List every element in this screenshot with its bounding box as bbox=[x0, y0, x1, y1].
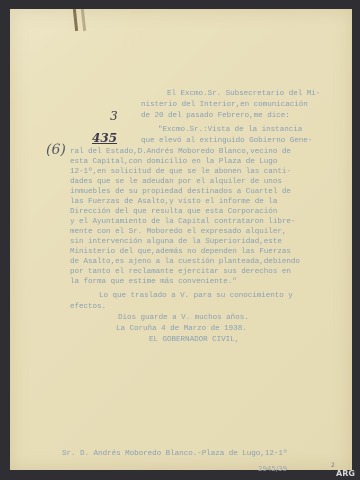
text-line: ral del Estado,D.Andrés Moboredo Blanco,… bbox=[70, 148, 291, 157]
text-line: Ministerio del que,además no dependen la… bbox=[70, 248, 291, 257]
handwritten-number-435: 435 bbox=[92, 131, 117, 145]
text-line: mente con el Sr. Moboredo el expresado a… bbox=[70, 228, 286, 237]
document-page: 3 435 (6) El Excmo.Sr. Subsecretario del… bbox=[10, 9, 352, 470]
text-line: El Excmo.Sr. Subsecretario del Mi- bbox=[167, 90, 320, 99]
text-line: La Coruña 4 de Marzo de 1938. bbox=[116, 325, 247, 334]
signature-title: EL GOBERNADOR CIVIL, bbox=[149, 336, 239, 345]
paper-fold-shadow bbox=[10, 9, 130, 99]
text-line: de 20 del pasado Febrero,me dice: bbox=[141, 112, 290, 121]
archive-reference: 2945/39 bbox=[258, 465, 287, 473]
text-line: y el Ayuntamiento de la Capital contrata… bbox=[70, 218, 295, 227]
text-line: efectos. bbox=[70, 303, 106, 312]
handwritten-circled-6: (6) bbox=[46, 142, 66, 158]
text-line: dades que se le adeudan por el alquiler … bbox=[70, 178, 282, 187]
page-mark: 2 bbox=[331, 462, 335, 469]
text-line: esta Capital,con domicilio en la Plaza d… bbox=[70, 158, 277, 167]
text-line: "Excmo.Sr.:Vista de la instancia bbox=[158, 126, 302, 135]
text-line: de Asalto,es ajeno a la cuestión plantea… bbox=[70, 258, 300, 267]
text-line: la forma que estime más conveniente." bbox=[70, 278, 237, 287]
text-line: Dios guarde a V. muchos años. bbox=[118, 314, 249, 323]
text-line: sin intervención alguna de la Superiorid… bbox=[70, 238, 282, 247]
handwritten-number-3: 3 bbox=[110, 109, 118, 123]
text-line: 12-1º,en solicitud de que se le abonen l… bbox=[70, 168, 291, 177]
text-line: por tanto el reclamante ejercitar sus de… bbox=[70, 268, 291, 277]
text-line: inmuebles de su propiedad destinados a C… bbox=[70, 188, 291, 197]
text-line: Lo que traslado a V. para su conocimient… bbox=[99, 292, 293, 301]
text-line: nisterio del Interior,en comunicación bbox=[141, 101, 308, 110]
addressee-line: Sr. D. Andrés Moboredo Blanco.-Plaza de … bbox=[62, 450, 287, 459]
text-line: que elevó al extinguido Gobierno Gene- bbox=[141, 137, 312, 146]
text-line: las Fuerzas de Asalto,y visto el informe… bbox=[70, 198, 277, 207]
text-line: Dirección del que resulta que esta Corpo… bbox=[70, 208, 277, 217]
watermark-logo: ARG bbox=[336, 469, 355, 478]
